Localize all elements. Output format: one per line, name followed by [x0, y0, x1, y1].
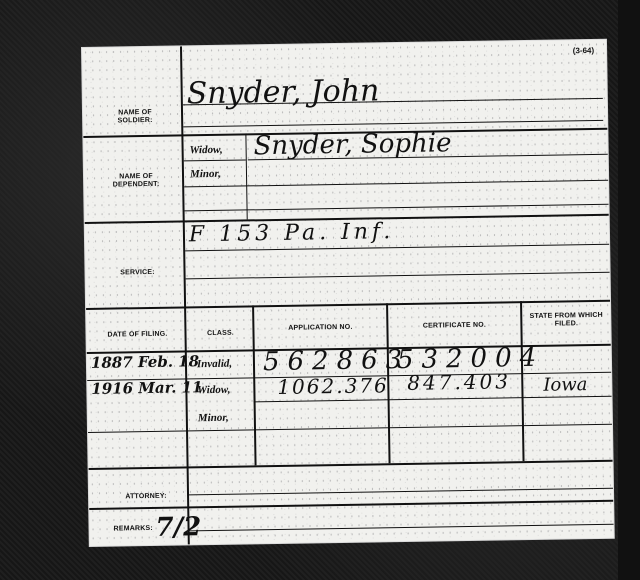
remarks-value: 7/2 [155, 512, 201, 543]
scanner-edge [618, 0, 640, 580]
dependent-class-widow: Widow, [190, 144, 223, 157]
rule [185, 204, 609, 212]
pension-index-card: (3-64) NAME OF SOLDIER: Snyder, John NAM… [82, 40, 614, 546]
soldier-name: Snyder, John [186, 73, 379, 111]
label-remarks: REMARKS: [114, 525, 153, 534]
header-application-no: APPLICATION NO. [256, 323, 384, 333]
section-divider [89, 460, 613, 470]
label-attorney: ATTORNEY: [111, 492, 181, 501]
filing-class: Minor, [198, 412, 229, 424]
certificate-number: 847.403 [407, 369, 511, 395]
filing-state: Iowa [543, 374, 587, 396]
rule [184, 180, 608, 188]
label-name-of-dependent: NAME OF DEPENDENT: [106, 173, 166, 190]
form-number: (3-64) [573, 46, 594, 55]
filing-date: 1916 Mar. 11 [91, 378, 202, 398]
filing-class: Widow, [197, 384, 230, 397]
label-name-of-soldier: NAME OF SOLDIER: [105, 109, 165, 126]
label-service: SERVICE: [107, 269, 167, 278]
label-column-divider [180, 46, 190, 544]
header-class: CLASS. [190, 329, 250, 338]
service-unit: F 153 Pa. Inf. [189, 219, 395, 247]
col-divider-certificate [520, 301, 525, 461]
filing-date: 1887 Feb. 18 [91, 352, 199, 372]
filing-class: Invalid, [197, 358, 232, 371]
rule [190, 524, 614, 532]
rule [184, 159, 246, 161]
rule [183, 120, 603, 128]
rule [186, 272, 610, 280]
dependent-class-divider [245, 133, 247, 219]
header-date-of-filing: DATE OF FILING. [94, 330, 180, 339]
header-state-from-which-filed: STATE FROM WHICH FILED. [526, 312, 606, 329]
header-certificate-no: CERTIFICATE NO. [390, 321, 518, 331]
row-divider [88, 424, 612, 433]
section-divider [89, 500, 613, 510]
application-number: 1062.376 [277, 373, 389, 399]
section-divider [86, 300, 610, 310]
rule [189, 488, 613, 496]
dependent-class-minor: Minor, [190, 168, 221, 180]
